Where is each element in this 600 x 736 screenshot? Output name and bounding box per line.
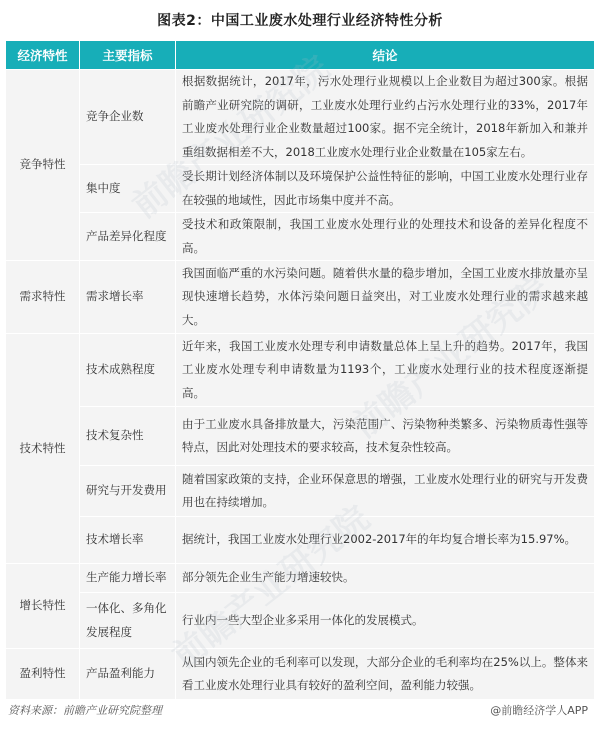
table-row: 盈利特性 产品盈利能力 从国内领先企业的毛利率可以发现，大部分企业的毛利率均在2…	[6, 649, 594, 699]
table-row: 一体化、多角化发展程度 行业内一些大型企业多采用一体化的发展模式。	[6, 593, 594, 648]
conclusion-cell: 根据数据统计，2017年，污水处理行业规模以上企业数目为超过300家。根据前瞻产…	[176, 70, 594, 164]
conclusion-cell: 由于工业废水具备排放量大，污染范围广、污染物种类繁多、污染物质毒性强等特点，因此…	[176, 407, 594, 465]
category-profitability: 盈利特性	[6, 649, 79, 699]
table-row: 技术增长率 据统计，我国工业废水处理行业2002-2017年的年均复合增长率为1…	[6, 517, 594, 563]
header-conclusion: 结论	[176, 41, 594, 69]
header-main-indicator: 主要指标	[80, 41, 175, 69]
table-header-row: 经济特性 主要指标 结论	[6, 41, 594, 69]
conclusion-cell: 受长期计划经济体制以及环境保护公益性特征的影响，中国工业废水处理行业存在较强的地…	[176, 165, 594, 212]
header-economic-characteristic: 经济特性	[6, 41, 79, 69]
indicator-cell: 竞争企业数	[80, 70, 175, 164]
indicator-cell: 研究与开发费用	[80, 466, 175, 516]
category-growth: 增长特性	[6, 564, 79, 648]
conclusion-cell: 从国内领先企业的毛利率可以发现，大部分企业的毛利率均在25%以上。整体来看工业废…	[176, 649, 594, 699]
conclusion-cell: 受技术和政策限制，我国工业废水处理行业的处理技术和设备的差异化程度不高。	[176, 213, 594, 260]
indicator-cell: 产品盈利能力	[80, 649, 175, 699]
table-row: 研究与开发费用 随着国家政策的支持，企业环保意思的增强，工业废水处理行业的研究与…	[6, 466, 594, 516]
category-technology: 技术特性	[6, 334, 79, 563]
economic-characteristics-table: 经济特性 主要指标 结论 竞争特性 竞争企业数 根据数据统计，2017年，污水处…	[5, 40, 595, 700]
conclusion-cell: 近年来，我国工业废水处理专利申请数量总体上呈上升的趋势。2017年，我国工业废水…	[176, 334, 594, 406]
source-note: 资料来源：前瞻产业研究院整理	[8, 702, 162, 718]
conclusion-cell: 行业内一些大型企业多采用一体化的发展模式。	[176, 593, 594, 648]
indicator-cell: 生产能力增长率	[80, 564, 175, 592]
chart-title: 图表2：中国工业废水处理行业经济特性分析	[0, 10, 600, 30]
category-competition: 竞争特性	[6, 70, 79, 260]
indicator-cell: 技术增长率	[80, 517, 175, 563]
conclusion-cell: 我国面临严重的水污染问题。随着供水量的稳步增加，全国工业废水排放量亦呈现快速增长…	[176, 261, 594, 333]
table-row: 竞争特性 竞争企业数 根据数据统计，2017年，污水处理行业规模以上企业数目为超…	[6, 70, 594, 164]
indicator-cell: 技术复杂性	[80, 407, 175, 465]
credit-label: @前瞻经济学人APP	[490, 702, 588, 718]
indicator-cell: 产品差异化程度	[80, 213, 175, 260]
indicator-cell: 需求增长率	[80, 261, 175, 333]
conclusion-cell: 据统计，我国工业废水处理行业2002-2017年的年均复合增长率为15.97%。	[176, 517, 594, 563]
conclusion-cell: 部分领先企业生产能力增速较快。	[176, 564, 594, 592]
table-row: 集中度 受长期计划经济体制以及环境保护公益性特征的影响，中国工业废水处理行业存在…	[6, 165, 594, 212]
table-row: 增长特性 生产能力增长率 部分领先企业生产能力增速较快。	[6, 564, 594, 592]
table-row: 技术特性 技术成熟程度 近年来，我国工业废水处理专利申请数量总体上呈上升的趋势。…	[6, 334, 594, 406]
category-demand: 需求特性	[6, 261, 79, 333]
table-row: 技术复杂性 由于工业废水具备排放量大，污染范围广、污染物种类繁多、污染物质毒性强…	[6, 407, 594, 465]
indicator-cell: 一体化、多角化发展程度	[80, 593, 175, 648]
table-row: 产品差异化程度 受技术和政策限制，我国工业废水处理行业的处理技术和设备的差异化程…	[6, 213, 594, 260]
conclusion-cell: 随着国家政策的支持，企业环保意思的增强，工业废水处理行业的研究与开发费用也在持续…	[176, 466, 594, 516]
table-row: 需求特性 需求增长率 我国面临严重的水污染问题。随着供水量的稳步增加，全国工业废…	[6, 261, 594, 333]
indicator-cell: 集中度	[80, 165, 175, 212]
indicator-cell: 技术成熟程度	[80, 334, 175, 406]
